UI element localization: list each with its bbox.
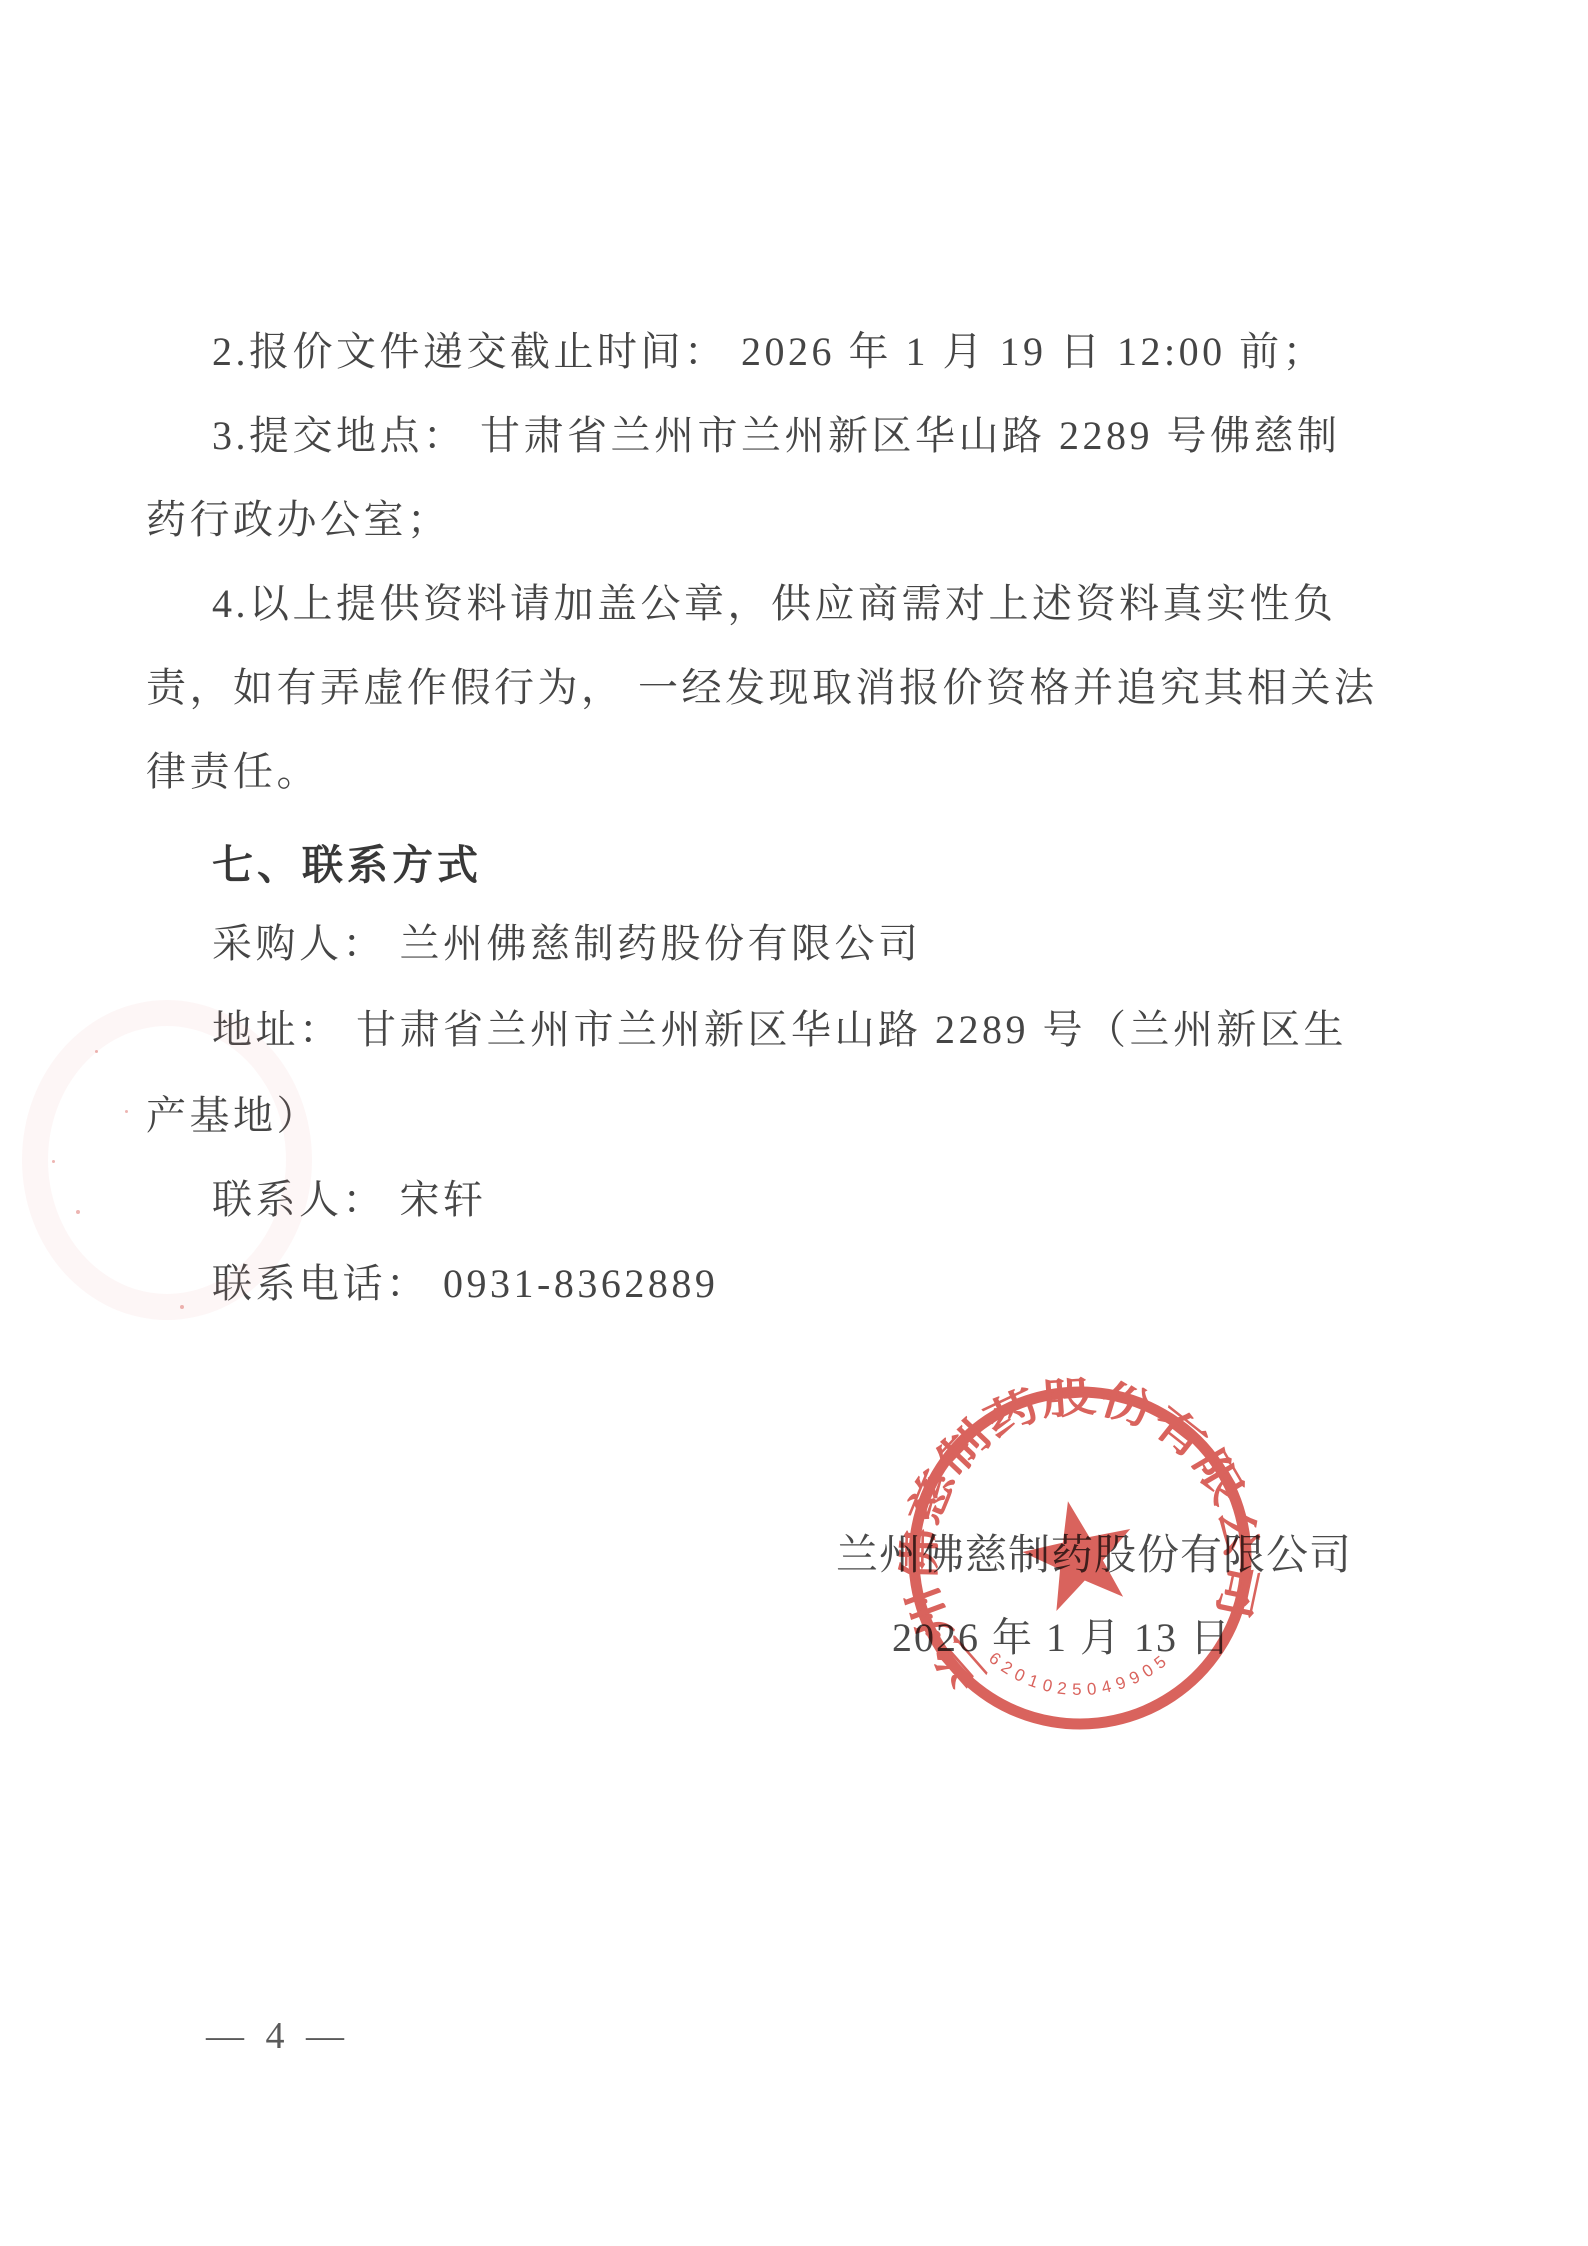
faint-stamp-residue	[22, 1000, 312, 1320]
contact-purchaser-line: 采购人： 兰州佛慈制药股份有限公司	[212, 920, 1456, 968]
contact-address-line-2: 产基地）	[146, 1092, 1456, 1140]
ink-speck	[52, 1160, 55, 1163]
contact-address-line: 地址： 甘肃省兰州市兰州新区华山路 2289 号（兰州新区生	[212, 1006, 1456, 1054]
paragraph-line: 药行政办公室；	[146, 496, 1456, 544]
ink-speck	[76, 1210, 80, 1214]
paragraph-line: 责，如有弄虚作假行为， 一经发现取消报价资格并追究其相关法	[146, 664, 1456, 712]
ink-speck	[125, 1110, 128, 1113]
ink-speck	[180, 1305, 184, 1309]
document-page: 2.报价文件递交截止时间： 2026 年 1 月 19 日 12:00 前； 3…	[0, 0, 1588, 2246]
contact-person-line: 联系人： 宋轩	[212, 1176, 1456, 1224]
section-heading-contact: 七、联系方式	[212, 832, 482, 891]
contact-phone-line: 联系电话： 0931-8362889	[212, 1260, 1456, 1308]
paragraph-line: 3.提交地点： 甘肃省兰州市兰州新区华山路 2289 号佛慈制	[212, 412, 1456, 460]
paragraph-line: 4.以上提供资料请加盖公章，供应商需对上述资料真实性负	[212, 580, 1456, 628]
ink-speck	[95, 1050, 98, 1053]
page-number: — 4 —	[206, 2014, 350, 2058]
paragraph-line: 2.报价文件递交截止时间： 2026 年 1 月 19 日 12:00 前；	[212, 328, 1456, 376]
paragraph-line: 律责任。	[146, 748, 1456, 796]
company-seal-stamp: 兰州佛慈制药股份有限公司 6201025049905	[864, 1342, 1296, 1774]
seal-star-icon	[1014, 1490, 1144, 1616]
company-seal-svg: 兰州佛慈制药股份有限公司 6201025049905	[864, 1342, 1296, 1774]
